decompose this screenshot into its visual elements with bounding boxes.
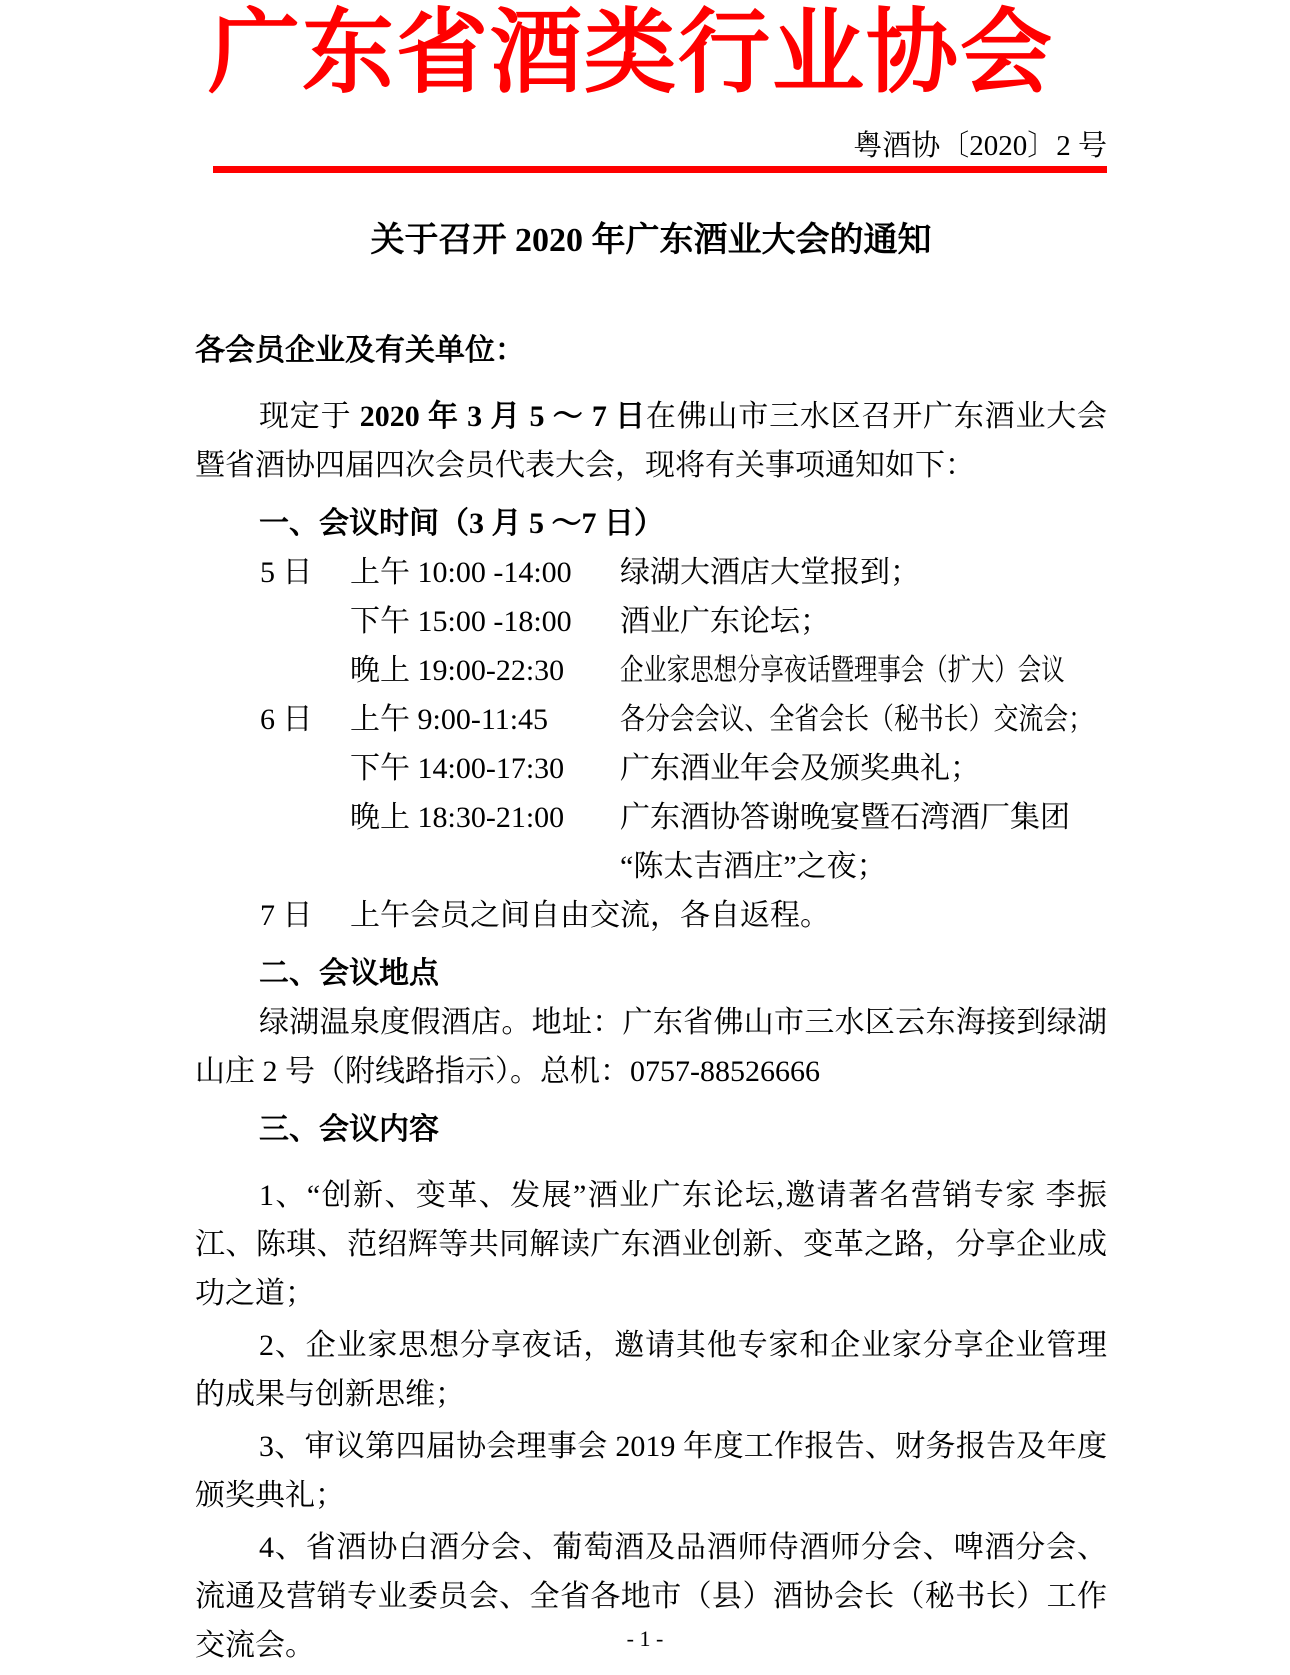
content-item: 3、审议第四届协会理事会 2019 年度工作报告、财务报告及年度颁奖典礼； bbox=[195, 1422, 1107, 1520]
schedule-day bbox=[260, 646, 350, 695]
schedule-desc: 各分会会议、全省会长（秘书长）交流会； bbox=[620, 695, 1093, 744]
schedule-row: “陈太吉酒庄”之夜； bbox=[195, 842, 1107, 891]
schedule-time: 上午 9:00-11:45 bbox=[350, 695, 620, 744]
schedule-table: 5 日 上午 10:00 -14:00 绿湖大酒店大堂报到； 下午 15:00 … bbox=[195, 548, 1107, 940]
schedule-time: 晚上 19:00-22:30 bbox=[350, 646, 620, 695]
section2-body: 绿湖温泉度假酒店。地址：广东省佛山市三水区云东海接到绿湖山庄 2 号（附线路指示… bbox=[195, 998, 1107, 1096]
content-item: 2、企业家思想分享夜话，邀请其他专家和企业家分享企业管理的成果与创新思维； bbox=[195, 1321, 1107, 1419]
document-page: 广东省酒类行业协会 粤酒协〔2020〕2 号 关于召开 2020 年广东酒业大会… bbox=[0, 0, 1290, 1675]
schedule-desc: 企业家思想分享夜话暨理事会（扩大）会议 bbox=[620, 646, 1065, 695]
red-divider-line bbox=[213, 166, 1107, 173]
org-title: 广东省酒类行业协会 bbox=[195, 0, 1107, 103]
schedule-desc: 广东酒业年会及颁奖典礼； bbox=[620, 744, 1107, 793]
schedule-row: 7 日 上午会员之间自由交流，各自返程。 bbox=[195, 891, 1107, 940]
schedule-time: 晚上 18:30-21:00 bbox=[350, 793, 620, 842]
schedule-row: 下午 14:00-17:30 广东酒业年会及颁奖典礼； bbox=[195, 744, 1107, 793]
schedule-day bbox=[260, 793, 350, 842]
schedule-row: 下午 15:00 -18:00 酒业广东论坛； bbox=[195, 597, 1107, 646]
schedule-desc: 绿湖大酒店大堂报到； bbox=[620, 548, 1107, 597]
section1-heading: 一、会议时间（3 月 5 ～7 日） bbox=[195, 499, 1107, 548]
doc-number: 粤酒协〔2020〕2 号 bbox=[195, 131, 1107, 162]
document-content: 广东省酒类行业协会 粤酒协〔2020〕2 号 关于召开 2020 年广东酒业大会… bbox=[195, 0, 1107, 1673]
schedule-row: 5 日 上午 10:00 -14:00 绿湖大酒店大堂报到； bbox=[195, 548, 1107, 597]
schedule-desc: “陈太吉酒庄”之夜； bbox=[620, 842, 1107, 891]
schedule-day: 7 日 bbox=[260, 891, 350, 940]
schedule-day: 6 日 bbox=[260, 695, 350, 744]
schedule-time bbox=[350, 842, 620, 891]
page-number: - 1 - bbox=[0, 1626, 1290, 1652]
intro-paragraph: 现定于 2020 年 3 月 5 ～ 7 日在佛山市三水区召开广东酒业大会暨省酒… bbox=[195, 392, 1107, 490]
section3-items: 1、“创新、变革、发展”酒业广东论坛,邀请著名营销专家 李振江、陈琪、范绍辉等共… bbox=[195, 1171, 1107, 1670]
content-item: 1、“创新、变革、发展”酒业广东论坛,邀请著名营销专家 李振江、陈琪、范绍辉等共… bbox=[195, 1171, 1107, 1318]
schedule-time: 上午会员之间自由交流，各自返程。 bbox=[350, 891, 830, 940]
schedule-day bbox=[260, 744, 350, 793]
schedule-row: 6 日 上午 9:00-11:45 各分会会议、全省会长（秘书长）交流会； bbox=[195, 695, 1107, 744]
section2-heading: 二、会议地点 bbox=[195, 949, 1107, 998]
schedule-desc: 广东酒协答谢晚宴暨石湾酒厂集团 bbox=[620, 793, 1107, 842]
schedule-time: 下午 15:00 -18:00 bbox=[350, 597, 620, 646]
document-title: 关于召开 2020 年广东酒业大会的通知 bbox=[195, 221, 1107, 261]
intro-pre: 现定于 bbox=[259, 400, 360, 433]
schedule-desc bbox=[830, 891, 1107, 940]
schedule-desc: 酒业广东论坛； bbox=[620, 597, 1107, 646]
intro-bold-date: 2020 年 3 月 5 ～ 7 日 bbox=[360, 400, 646, 433]
schedule-row: 晚上 18:30-21:00 广东酒协答谢晚宴暨石湾酒厂集团 bbox=[195, 793, 1107, 842]
schedule-day bbox=[260, 842, 350, 891]
schedule-day bbox=[260, 597, 350, 646]
schedule-time: 下午 14:00-17:30 bbox=[350, 744, 620, 793]
schedule-row: 晚上 19:00-22:30 企业家思想分享夜话暨理事会（扩大）会议 bbox=[195, 646, 1107, 695]
schedule-day: 5 日 bbox=[260, 548, 350, 597]
salutation: 各会员企业及有关单位： bbox=[195, 326, 1107, 375]
section3-heading: 三、会议内容 bbox=[195, 1105, 1107, 1154]
schedule-time: 上午 10:00 -14:00 bbox=[350, 548, 620, 597]
